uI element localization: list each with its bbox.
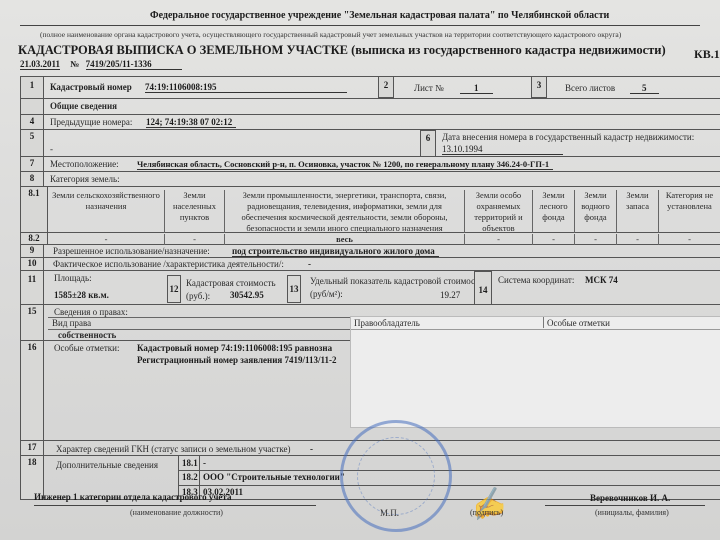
land-category-value: - [617,234,659,245]
row-general-info: Общие сведения [20,99,720,115]
row-number: 14 [474,271,492,305]
row-number: 17 [20,441,44,455]
rights-label: Сведения о правах: [54,307,128,317]
row-cadastral-number: 1 Кадастровый номер 74:19:1106008:195 2 … [20,77,720,99]
row-area-value: 11 Площадь: 1585±28 кв.м. 12 Кадастровая… [20,271,720,305]
land-category-value: - [165,234,225,245]
sheet-label: Лист № [414,83,444,93]
rights-notes-header: Особые отметки [547,318,610,328]
area-label: Площадь: [54,273,92,283]
land-category-header: Земли промышленности, энергетики, трансп… [225,190,465,233]
signer-name: Веревочников И. А. [590,493,670,503]
area-value: 1585±28 кв.м. [54,290,109,300]
land-category-value: - [465,234,533,245]
rights-holder-header: Правообладатель [354,318,420,328]
item-value: - [203,458,206,468]
unit-value-label: Удельный показатель кадастровой стоимост… [310,275,490,301]
total-sheets-value: 5 [630,83,659,94]
land-category-header: Земли водного фонда [575,190,617,233]
row-location: 7 Местоположение: Челябинская область, С… [20,157,720,172]
row-number: 1 [20,77,44,98]
coordinate-system-label: Система координат: [498,275,574,285]
coordinate-system-value: МСК 74 [585,275,618,285]
land-category-header: Земли лесного фонда [533,190,575,233]
gkn-status-value: - [310,444,313,454]
previous-numbers-label: Предыдущие номера: [50,117,132,127]
row-previous-numbers: 4 Предыдущие номера: 124; 74:19:38 07 02… [20,115,720,130]
cadastral-number-value: 74:19:1106008:195 [145,82,347,93]
special-notes-line2: Регистрационный номер заявления 7419/113… [137,355,337,365]
land-category-value: - [48,234,165,245]
document-number: 7419/205/11-1336 [86,59,182,70]
number-sign: № [70,59,79,69]
additional-info-label: Дополнительные сведения [56,460,158,470]
row-number: 8.2 [20,233,48,244]
cadastral-number-label: Кадастровый номер [50,82,132,92]
land-category-value: весь [225,234,465,245]
permitted-use-label: Разрешенное использование/назначение: [53,246,210,256]
land-category-value: - [659,234,720,245]
signature-caption: (подпись) [470,508,503,517]
general-info-heading: Общие сведения [50,101,117,111]
land-category-label: Категория земель: [50,174,120,184]
header-divider [20,25,700,26]
special-notes-line1: Кадастровый номер 74:19:1106008:195 равн… [137,343,332,353]
cadastral-value: 30542.95 [230,290,264,300]
row-number: 2 [378,76,394,98]
actual-use-label: Фактическое использование /характеристик… [53,259,284,269]
row-number: 11 [20,271,44,304]
row-number: 8 [20,172,44,186]
item-value: ООО "Строительные технологии" [203,472,345,482]
location-value: Челябинская область, Сосновский р-н, п. … [137,159,553,170]
permitted-use-value: под строительство индивидуального жилого… [232,246,439,257]
registration-date-value: 13.10.1994 [442,144,563,155]
right-type-value: собственность [58,330,116,340]
row-number [20,99,44,114]
previous-numbers-value: 124; 74:19:38 07 02:12 [146,117,236,128]
row-land-category: 8 Категория земель: [20,172,720,187]
location-label: Местоположение: [50,159,119,169]
row-number: 5 [20,130,44,156]
position-title: Инженер 1 категории отдела кадастрового … [34,492,231,502]
actual-use-value: - [308,259,311,269]
row-number: 15 [20,305,44,340]
row-actual-use: 10 Фактическое использование /характерис… [20,258,720,271]
row-number: 10 [20,258,44,270]
land-category-value: - [533,234,575,245]
redaction-panel: Правообладатель Особые отметки [350,316,720,428]
row-number: 4 [20,115,44,129]
row-number: 6 [420,130,436,157]
position-underline [34,505,316,506]
row5-value: - [50,144,53,154]
registration-date-label: Дата внесения номера в государственный к… [442,132,694,142]
row-number: 12 [167,275,181,303]
row-number: 8.1 [20,187,48,232]
special-notes-label: Особые отметки: [54,343,120,353]
row-land-category-values: 8.2 - - весь - - - - - [20,233,720,245]
organization-name: Федеральное государственное учреждение "… [150,10,609,21]
land-category-header: Земли запаса [617,190,659,233]
row-land-category-headers: 8.1 Земли сельскохозяйственного назначен… [20,187,720,233]
signer-caption: (инициалы, фамилия) [595,508,669,517]
row-number: 16 [20,341,44,440]
item-number: 18.2 [182,472,198,482]
signer-underline [545,505,705,506]
row-number: 13 [287,275,301,303]
document-title: КАДАСТРОВАЯ ВЫПИСКА О ЗЕМЕЛЬНОМ УЧАСТКЕ … [18,43,666,58]
gkn-status-label: Характер сведений ГКН (статус записи о з… [56,444,290,454]
row-number: 7 [20,157,44,171]
row-number: 3 [531,76,547,98]
right-type-header: Вид права [52,318,91,328]
land-category-header: Земли населенных пунктов [165,190,225,233]
land-category-header: Земли особо охраняемых территорий и объе… [465,190,533,233]
row-permitted-use: 9 Разрешенное использование/назначение: … [20,245,720,258]
document-date: 21.03.2011 [20,59,60,70]
position-caption: (наименование должности) [130,508,223,517]
row-number: 9 [20,245,44,257]
stamp-caption: М.П. [380,508,399,518]
document-date-number: 21.03.2011 № 7419/205/11-1336 [20,59,182,70]
total-sheets-label: Всего листов [565,83,615,93]
land-category-header: Категория не установлена [659,190,720,233]
form-code: КВ.1 [694,47,720,62]
row-5-6: 5 - 6 Дата внесения номера в государстве… [20,130,720,157]
land-category-value: - [575,234,617,245]
item-number: 18.1 [182,458,198,468]
land-category-header: Земли сельскохозяйственного назначения [48,190,165,233]
unit-value: 19.27 [440,290,460,300]
organization-caption: (полное наименование органа кадастрового… [40,30,621,39]
sheet-value: 1 [460,83,493,94]
